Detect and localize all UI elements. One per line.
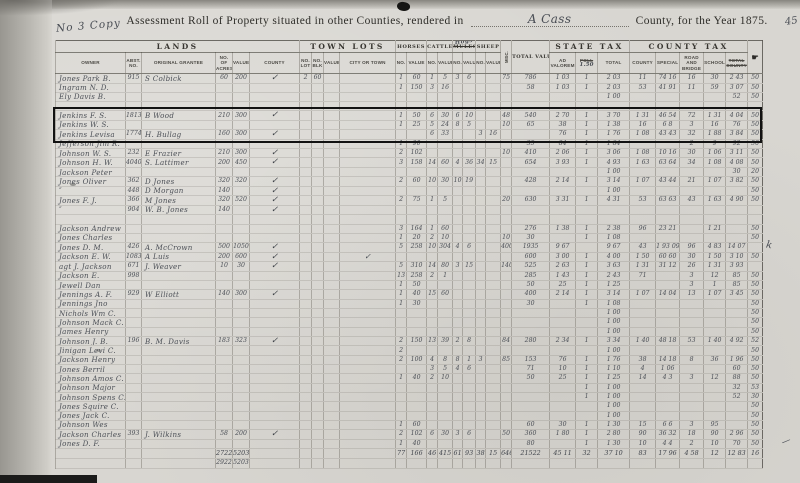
cell-county [250, 233, 300, 242]
cell-c_val [438, 102, 453, 111]
cell-co_special [656, 280, 680, 289]
cell-c_val [438, 139, 453, 148]
cell-extra: 50 [748, 120, 763, 129]
cell-lot_val [324, 280, 340, 289]
cell-co_county: 10 [630, 439, 656, 448]
cell-grantee: E Frazier [142, 148, 216, 158]
cell-lot_val [324, 92, 340, 101]
cell-c_val [438, 402, 453, 411]
cell-grantee: A Luis [142, 252, 216, 262]
col-county: COUNTY [250, 53, 300, 74]
cell-state_total: 1 25 [598, 374, 630, 383]
cell-total_value: 80 [512, 439, 550, 448]
cell-blk_no [312, 327, 324, 336]
cell-blk_no [312, 383, 324, 392]
cell-co_county [630, 280, 656, 289]
cell-h_val [407, 327, 427, 336]
cell-county [250, 327, 300, 336]
cell-grantee: W. B. Jones [142, 205, 216, 215]
cell-owner: Johnson Major [56, 383, 126, 392]
cell-misc [501, 392, 512, 401]
cell-ad_val [550, 299, 576, 308]
cell-blk_no [312, 318, 324, 327]
cell-blk_no [312, 92, 324, 101]
cell-county [250, 139, 300, 148]
cell-co_county: 1 40 [630, 336, 656, 346]
cell-c_no [427, 402, 438, 411]
cell-lot_val [324, 130, 340, 140]
cell-h_val [407, 92, 427, 101]
cell-value [233, 139, 250, 148]
cell-county [250, 420, 300, 429]
cell-owner: Ingram N. D. [56, 83, 126, 92]
cell-county: ✓ [250, 130, 300, 140]
cell-co_road [680, 102, 704, 111]
cell-co_school [704, 318, 726, 327]
cell-city [340, 186, 396, 196]
cell-total_value: 630 [512, 196, 550, 206]
cell-abst [126, 318, 142, 327]
cell-co_road: 30 [680, 148, 704, 158]
cell-lot_no [300, 83, 312, 92]
table-row: Ely Davis B.1 005250 [56, 92, 763, 101]
cell-misc: 10 [501, 120, 512, 129]
cell-c_val [438, 327, 453, 336]
cell-h_val: 158 [407, 158, 427, 168]
cell-co_county: 14 [630, 374, 656, 383]
cell-co_road [680, 205, 704, 215]
cell-value [233, 215, 250, 224]
cell-value: 300 [233, 290, 250, 300]
cell-abst: 232 [126, 148, 142, 158]
cell-state_total: 1 08 [598, 233, 630, 242]
cell-co_school [704, 309, 726, 318]
table-row: Johnson Spens C.11 005230 [56, 392, 763, 401]
cell-co_school [704, 346, 726, 355]
cell-value [233, 83, 250, 92]
cell-lot_val [324, 346, 340, 355]
cell-s_no [476, 365, 486, 374]
stray-pencil-mark: k [765, 240, 773, 252]
table-row: Johnson Major11 003253 [56, 383, 763, 392]
table-row: Jackson Andrew31641602761 3812 389623 21… [56, 224, 763, 233]
cell-city [340, 271, 396, 280]
cell-grantee: D Morgan [142, 186, 216, 196]
cell-lot_no [300, 233, 312, 242]
cell-g_no [453, 139, 463, 148]
cell-co_school: 1 21 [704, 224, 726, 233]
cell-g_no [453, 392, 463, 401]
cell-s_no: 3 [476, 130, 486, 140]
cell-co_county [630, 186, 656, 196]
cell-s_val [486, 309, 501, 318]
cell-g_val [463, 411, 476, 420]
cell-total_value: 540 [512, 111, 550, 121]
cell-misc: 48 [501, 111, 512, 121]
cell-co_special [656, 309, 680, 318]
cell-value: 5203 [233, 458, 250, 468]
cell-s_val [486, 318, 501, 327]
table-row: Jennings Jno1303011 0850 [56, 299, 763, 308]
cell-lot_val [324, 139, 340, 148]
cell-value: 1050 [233, 243, 250, 253]
cell-s_val [486, 102, 501, 111]
cell-co_school: 9 [704, 139, 726, 148]
cell-ad_val [550, 186, 576, 196]
cell-ad_val [550, 92, 576, 101]
cell-total_value [512, 309, 550, 318]
cell-c_val [438, 205, 453, 215]
cell-lot_no [300, 120, 312, 129]
cell-poll_tax: 1 [576, 430, 598, 440]
cell-grantee [142, 271, 216, 280]
table-row: Jackson E. W.1083A Luis200600✓✓6003 0014… [56, 252, 763, 262]
cell-poll_tax: 1 [576, 420, 598, 429]
cell-poll_tax: 1 [576, 365, 598, 374]
cell-h_no [396, 411, 407, 420]
cell-ad_val [550, 439, 576, 448]
cell-co_road: 30 [680, 252, 704, 262]
cell-co_school [704, 167, 726, 176]
cell-co_special [656, 402, 680, 411]
col-value: Value [233, 53, 250, 74]
cell-co_total: 3 45 [726, 290, 748, 300]
cell-poll_tax [576, 205, 598, 215]
cell-state_total: 1 00 [598, 186, 630, 196]
table-row: James Henry1 0050 [56, 327, 763, 336]
cell-co_road: 3 [680, 420, 704, 429]
cell-city [340, 243, 396, 253]
cell-co_total: 3 82 [726, 177, 748, 187]
cell-co_school: 30 [704, 74, 726, 84]
cell-co_total: 85 [726, 280, 748, 289]
cell-total_value [512, 167, 550, 176]
cell-g_val [463, 196, 476, 206]
cell-owner [56, 458, 126, 468]
cell-grantee [142, 439, 216, 448]
cell-grantee [142, 102, 216, 111]
group-town-lots: TOWN LOTS [300, 41, 396, 53]
cell-grantee [142, 392, 216, 401]
cell-h_val: 25 [407, 120, 427, 129]
cell-co_road [680, 167, 704, 176]
cell-co_special [656, 383, 680, 392]
cell-total_value: 30 [512, 233, 550, 242]
cell-co_special [656, 299, 680, 308]
cell-grantee [142, 224, 216, 233]
cell-grantee [142, 83, 216, 92]
cell-poll_tax: 1 [576, 271, 598, 280]
cell-g_val: 6 [463, 243, 476, 253]
cell-co_special: 14 18 [656, 355, 680, 364]
cell-abst [126, 439, 142, 448]
cell-ad_val [550, 458, 576, 468]
cell-abst [126, 392, 142, 401]
cell-c_val: 1 [438, 271, 453, 280]
cell-abst [126, 280, 142, 289]
cell-misc [501, 280, 512, 289]
cell-extra: 50 [748, 196, 763, 206]
cell-misc [501, 102, 512, 111]
cell-g_val: 15 [463, 262, 476, 272]
cell-extra: 50 [748, 346, 763, 355]
cell-abst [126, 355, 142, 364]
cell-blk_no [312, 186, 324, 196]
cell-co_school: 90 [704, 430, 726, 440]
cell-abst [126, 233, 142, 242]
cell-g_no [453, 402, 463, 411]
cell-h_no: 1 [396, 233, 407, 242]
cell-county [250, 365, 300, 374]
cell-lot_val [324, 327, 340, 336]
cell-acres: 60 [216, 74, 233, 84]
cell-c_val [438, 167, 453, 176]
cell-acres [216, 233, 233, 242]
col-sheep-value: Value [486, 53, 501, 74]
group-lands: LANDS [56, 41, 300, 53]
cell-c_no: 13 [427, 336, 438, 346]
cell-co_county [630, 411, 656, 420]
cell-blk_no [312, 290, 324, 300]
cell-state_total: 1 00 [598, 309, 630, 318]
cell-city [340, 309, 396, 318]
cell-poll_tax: 1 [576, 224, 598, 233]
cell-value [233, 280, 250, 289]
cell-misc [501, 186, 512, 196]
cell-abst: 904 [126, 205, 142, 215]
cell-g_val [463, 271, 476, 280]
cell-co_school [704, 411, 726, 420]
page-number: 45 [785, 15, 799, 28]
cell-co_county [630, 102, 656, 111]
cell-ad_val: 76 [550, 355, 576, 364]
cell-co_total: 3 93 [726, 262, 748, 272]
cell-h_no: 5 [396, 243, 407, 253]
cell-h_no [396, 215, 407, 224]
cell-owner: Johnson Amos C. [56, 374, 126, 383]
cell-extra: 50 [748, 420, 763, 429]
cell-s_val [486, 374, 501, 383]
cell-co_total: 3 07 [726, 83, 748, 92]
cell-city [340, 420, 396, 429]
cell-misc: 50 [501, 430, 512, 440]
cell-g_val: 36 [463, 158, 476, 168]
cell-county [250, 402, 300, 411]
cell-value: 600 [233, 252, 250, 262]
cell-co_county: 71 [630, 271, 656, 280]
cell-extra: 50 [748, 158, 763, 168]
table-row: Jewell Dan150502511 25318550 [56, 280, 763, 289]
cell-abst [126, 327, 142, 336]
cell-lot_val [324, 392, 340, 401]
cell-c_no: 3 [427, 365, 438, 374]
cell-misc [501, 158, 512, 168]
cell-city: ✓ [340, 252, 396, 262]
cell-co_special [656, 233, 680, 242]
cell-g_val [463, 102, 476, 111]
cell-lot_val [324, 252, 340, 262]
cell-lot_val [324, 102, 340, 111]
table-row: Jones F. J.366M Jones320520✓27515206303 … [56, 196, 763, 206]
county-handwritten: A Cass [471, 12, 629, 27]
cell-lot_no [300, 177, 312, 187]
cell-g_val: 6 [463, 74, 476, 84]
cell-lot_no [300, 205, 312, 215]
cell-g_no [453, 309, 463, 318]
cell-state_total: 1 00 [598, 327, 630, 336]
cell-c_no: 2 [427, 271, 438, 280]
cell-s_no [476, 420, 486, 429]
cell-lot_no [300, 102, 312, 111]
cell-blk_no [312, 458, 324, 468]
cell-h_val: 20 [407, 233, 427, 242]
cell-poll_tax [576, 102, 598, 111]
cell-poll_tax: 1 [576, 392, 598, 401]
cell-g_val [463, 318, 476, 327]
cell-poll_tax: 1 [576, 262, 598, 272]
col-acres: NO. OF ACRES [216, 53, 233, 74]
cell-lot_val [324, 111, 340, 121]
cell-total_value: 600 [512, 252, 550, 262]
cell-state_total: 1 84 [598, 139, 630, 148]
cell-acres: 183 [216, 336, 233, 346]
cell-extra: 50 [748, 224, 763, 233]
cell-h_val [407, 252, 427, 262]
cell-c_no [427, 346, 438, 355]
cell-extra: 50 [748, 130, 763, 140]
cell-ad_val [550, 318, 576, 327]
table-row: Jones Park B.915S Colbick60200✓260160153… [56, 74, 763, 84]
cell-co_county [630, 139, 656, 148]
cell-grantee [142, 139, 216, 148]
cell-ad_val: 3 31 [550, 196, 576, 206]
cell-co_total: 30 [726, 167, 748, 176]
cell-s_no [476, 318, 486, 327]
cell-owner: Jones Berril [56, 365, 126, 374]
cell-co_special [656, 92, 680, 101]
cell-co_total [726, 102, 748, 111]
table-row: Jones Squire C.1 0050 [56, 402, 763, 411]
cell-h_val: 50 [407, 111, 427, 121]
cell-state_total: 1 00 [598, 318, 630, 327]
cell-co_road: 32 [680, 130, 704, 140]
cell-s_val: 15 [486, 158, 501, 168]
cell-c_no [427, 139, 438, 148]
cell-county [250, 346, 300, 355]
cell-ad_val: 2 63 [550, 262, 576, 272]
cell-value [233, 92, 250, 101]
cell-co_county: 96 [630, 224, 656, 233]
cell-h_val: 50 [407, 280, 427, 289]
cell-s_no [476, 74, 486, 84]
cell-total_value: 60 [512, 420, 550, 429]
cell-co_school: 95 [704, 420, 726, 429]
cell-c_no [427, 102, 438, 111]
cell-value [233, 365, 250, 374]
cell-poll_tax: 1 [576, 139, 598, 148]
cell-s_no [476, 458, 486, 468]
cell-abst: 1774 [126, 130, 142, 140]
cell-lot_no [300, 439, 312, 448]
cell-co_school [704, 215, 726, 224]
cell-h_no: 1 [396, 299, 407, 308]
cell-c_val [438, 215, 453, 224]
cell-acres: 500 [216, 243, 233, 253]
cell-state_total: 3 34 [598, 336, 630, 346]
cell-acres: 210 [216, 111, 233, 121]
cell-ad_val: 45 11 [550, 448, 576, 458]
totals-row: 29225203 [56, 458, 763, 468]
cell-blk_no [312, 130, 324, 140]
cell-acres: 320 [216, 177, 233, 187]
cell-co_special: 36 32 [656, 430, 680, 440]
cell-grantee [142, 346, 216, 355]
cell-value [233, 411, 250, 420]
cell-h_val: 166 [407, 448, 427, 458]
cell-h_no [396, 252, 407, 262]
cell-h_val: 90 [407, 139, 427, 148]
cell-misc [501, 177, 512, 187]
cell-value [233, 271, 250, 280]
cell-co_total [726, 309, 748, 318]
cell-owner: ″ [56, 205, 126, 215]
group-sheep: SHEEP [476, 41, 501, 53]
cell-co_county [630, 92, 656, 101]
cell-county: ✓ [250, 243, 300, 253]
cell-extra: 50 [748, 74, 763, 84]
cell-blk_no [312, 252, 324, 262]
cell-owner: Jackson Andrew [56, 224, 126, 233]
group-state-tax: STATE TAX [550, 41, 630, 53]
cell-abst: 998 [126, 271, 142, 280]
assessment-table: LANDS TOWN LOTS HORSES CATTLE MULES Hogs… [55, 40, 763, 469]
cell-co_county: 53 [630, 83, 656, 92]
cell-h_val: 75 [407, 196, 427, 206]
cell-extra: 50 [748, 139, 763, 148]
cell-grantee [142, 318, 216, 327]
cell-co_school [704, 102, 726, 111]
table-row: Jones D. F.1408011 30104 42107050 [56, 439, 763, 448]
cell-grantee: D Jones [142, 177, 216, 187]
cell-misc: 140 [501, 262, 512, 272]
cell-ad_val: 10 [550, 365, 576, 374]
cell-blk_no [312, 355, 324, 364]
cell-g_val [463, 280, 476, 289]
cell-h_val [407, 186, 427, 196]
cell-total_value [512, 92, 550, 101]
table-row: Jackson Charles393J. Wilkins58200✓210263… [56, 430, 763, 440]
cell-g_no: 3 [453, 262, 463, 272]
cell-total_value [512, 402, 550, 411]
cell-abst [126, 383, 142, 392]
cell-owner: Jones Oliver [56, 177, 126, 187]
cell-city [340, 148, 396, 158]
cell-h_no: 3 [396, 224, 407, 233]
cell-g_no [453, 233, 463, 242]
cell-co_school: 1 31 [704, 111, 726, 121]
cell-grantee [142, 411, 216, 420]
cell-poll_tax [576, 215, 598, 224]
cell-s_val [486, 177, 501, 187]
col-blk-no: NO. BLK [312, 53, 324, 74]
cell-h_no [396, 186, 407, 196]
cell-co_road [680, 186, 704, 196]
cell-g_val [463, 392, 476, 401]
cell-grantee [142, 215, 216, 224]
cell-misc: 10 [501, 148, 512, 158]
cell-owner: Jones Jack C. [56, 411, 126, 420]
cell-acres [216, 318, 233, 327]
